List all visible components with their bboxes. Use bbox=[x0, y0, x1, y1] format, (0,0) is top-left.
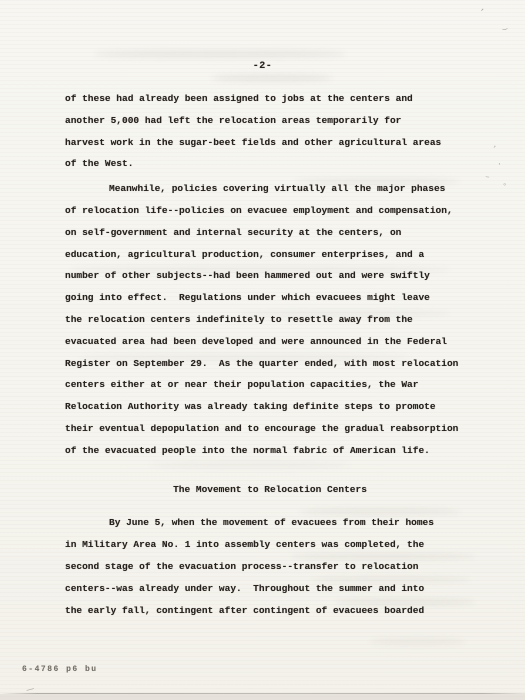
footer-reference-code: 6-4786 p6 bu bbox=[22, 665, 98, 674]
text-line: By June 5, when the movement of evacuees… bbox=[65, 512, 475, 534]
text-line: centers either at or near their populati… bbox=[65, 374, 475, 396]
text-line: of these had already been assigned to jo… bbox=[65, 88, 475, 110]
text-line: in Military Area No. 1 into assembly cen… bbox=[65, 534, 475, 556]
text-line: second stage of the evacuation process--… bbox=[65, 556, 475, 578]
text-line: evacuated area had been developed and we… bbox=[65, 331, 475, 353]
text-line: of relocation life--policies on evacuee … bbox=[65, 200, 475, 222]
text-line: the early fall, contingent after conting… bbox=[65, 600, 475, 622]
paragraph: Meanwhile, policies covering virtually a… bbox=[65, 178, 475, 461]
text-line: centers--was already under way. Througho… bbox=[65, 578, 475, 600]
text-line: on self-government and internal security… bbox=[65, 222, 475, 244]
text-line: another 5,000 had left the relocation ar… bbox=[65, 110, 475, 132]
paragraph: of these had already been assigned to jo… bbox=[65, 88, 475, 175]
text-line: harvest work in the sugar-beet fields an… bbox=[65, 132, 475, 154]
pencil-mark: ◦ bbox=[502, 180, 507, 190]
text-line: education, agricultural production, cons… bbox=[65, 244, 475, 266]
paragraph: By June 5, when the movement of evacuees… bbox=[65, 512, 475, 621]
text-line: the relocation centers indefinitely to r… bbox=[65, 309, 475, 331]
text-line: of the West. bbox=[65, 153, 475, 175]
text-line: The Movement to Relocation Centers bbox=[65, 479, 475, 501]
bleedthrough-smudge bbox=[212, 74, 332, 82]
text-line: Relocation Authority was already taking … bbox=[65, 396, 475, 418]
text-line: number of other subjects--had been hamme… bbox=[65, 265, 475, 287]
document-body: of these had already been assigned to jo… bbox=[65, 88, 475, 624]
bleedthrough-smudge bbox=[370, 638, 465, 645]
text-line: going into effect. Regulations under whi… bbox=[65, 287, 475, 309]
section-heading: The Movement to Relocation Centers bbox=[65, 479, 475, 501]
pencil-mark: – bbox=[485, 173, 491, 182]
page-number: -2- bbox=[0, 61, 525, 72]
text-line: their eventual depopulation and to encou… bbox=[65, 418, 475, 440]
pencil-mark: · bbox=[497, 160, 502, 169]
text-line: Register on September 29. As the quarter… bbox=[65, 353, 475, 375]
text-line: Meanwhile, policies covering virtually a… bbox=[65, 178, 475, 200]
scan-bottom-shadow bbox=[0, 694, 525, 700]
bleedthrough-smudge bbox=[95, 50, 345, 58]
text-line: of the evacuated people into the normal … bbox=[65, 440, 475, 462]
